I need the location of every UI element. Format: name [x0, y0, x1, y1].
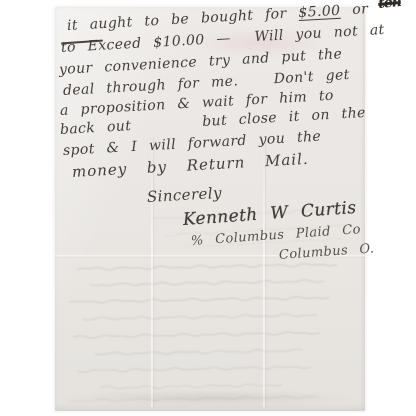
letter-photo: it aught to be bought for $5.00 orten to… [0, 0, 416, 416]
bottom-edge-smudge [59, 391, 357, 405]
fold-crease-vertical-left [151, 137, 153, 407]
address-line-city: Columbus O. [279, 242, 375, 262]
struck-out-word: ten [377, 0, 401, 11]
closing-sincerely: Sincerely [147, 186, 223, 205]
line1-tail: or [340, 1, 369, 19]
fold-crease-vertical-right [263, 137, 265, 407]
letter-paper: it aught to be bought for $5.00 orten to… [55, 7, 365, 411]
amount-five-dollars: $5.00 [298, 3, 341, 21]
